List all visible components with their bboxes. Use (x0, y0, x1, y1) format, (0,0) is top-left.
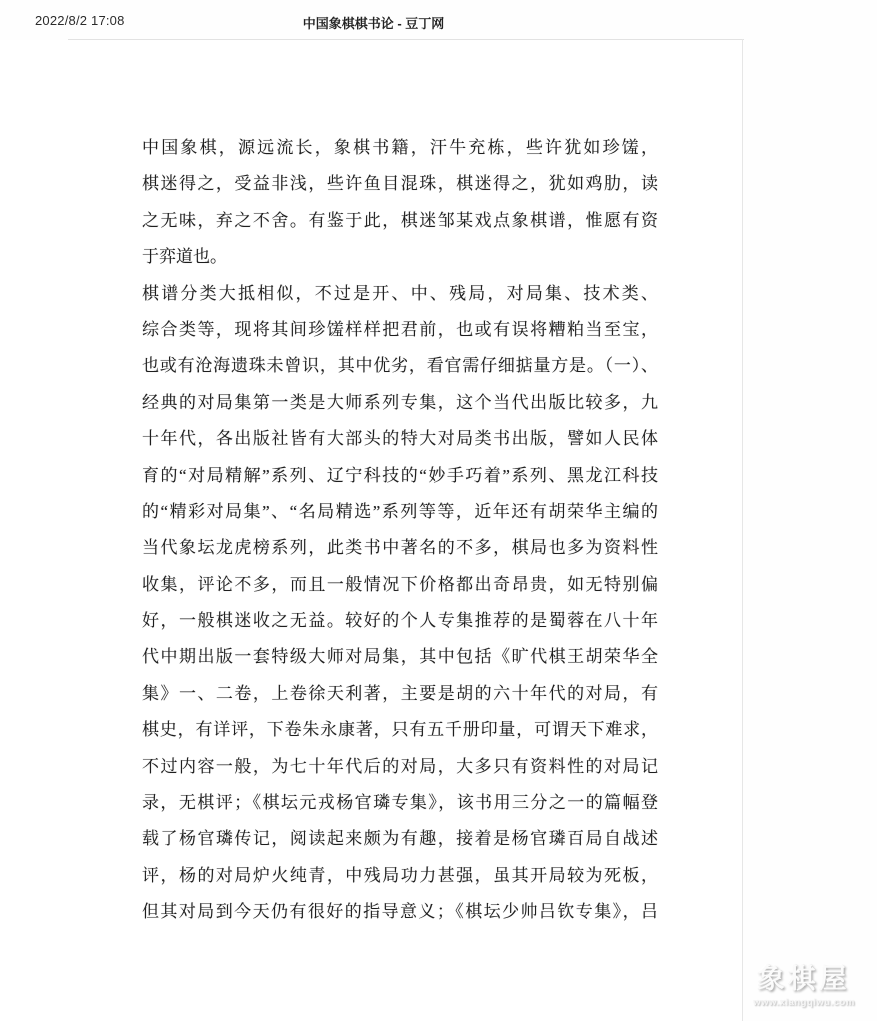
text-line: 不过内容一般，为七十年代后的对局，大多只有资料性的对局记 (142, 749, 658, 785)
watermark: 象棋屋 www.xiangqiwu.com (739, 957, 869, 1008)
text-line: 中国象棋，源远流长，象棋书籍，汗牛充栋，些许犹如珍馐， (142, 130, 658, 166)
text-line: 棋谱分类大抵相似，不过是开、中、残局，对局集、技术类、 (142, 276, 658, 312)
paragraph-intro: 中国象棋，源远流长，象棋书籍，汗牛充栋，些许犹如珍馐， 棋迷得之，受益非浅，些许… (142, 130, 658, 276)
text-line: 好，一般棋迷收之无益。较好的个人专集推荐的是蜀蓉在八十年 (142, 603, 658, 639)
text-line: 之无味，弃之不舍。有鉴于此，棋迷邹某戏点象棋谱，惟愿有资 (142, 203, 658, 239)
print-preview-stage: 2022/8/2 17:08 中国象棋棋书论 - 豆丁网 中国象棋，源远流长，象… (0, 0, 877, 1021)
text-line: 棋迷得之，受益非浅，些许鱼目混珠，棋迷得之，犹如鸡肋，读 (142, 166, 658, 202)
text-line: 录，无棋评；《棋坛元戎杨官璘专集》，该书用三分之一的篇幅登 (142, 785, 658, 821)
text-line: 十年代，各出版社皆有大部头的特大对局类书出版，譬如人民体 (142, 421, 658, 457)
text-line: 育的“对局精解”系列、辽宁科技的“妙手巧着”系列、黑龙江科技 (142, 458, 658, 494)
text-line: 评，杨的对局炉火纯青，中残局功力甚强，虽其开局较为死板， (142, 858, 658, 894)
text-line: 也或有沧海遗珠未曾识，其中优劣，看官需仔细掂量方是。（一）、 (142, 348, 658, 384)
text-line: 当代象坛龙虎榜系列，此类书中著名的不多，棋局也多为资料性 (142, 530, 658, 566)
print-header: 2022/8/2 17:08 中国象棋棋书论 - 豆丁网 (0, 0, 877, 38)
text-line: 载了杨官璘传记，阅读起来颇为有趣，接着是杨官璘百局自战述 (142, 821, 658, 857)
page-right-edge-divider (742, 39, 743, 1021)
text-line: 收集，评论不多，而且一般情况下价格都出奇昂贵，如无特别偏 (142, 567, 658, 603)
text-line: 的“精彩对局集”、“名局精选”系列等等，近年还有胡荣华主编的 (142, 494, 658, 530)
document-body-text: 中国象棋，源远流长，象棋书籍，汗牛充栋，些许犹如珍馐， 棋迷得之，受益非浅，些许… (142, 130, 658, 931)
text-line: 棋史，有详评，下卷朱永康著，只有五千册印量，可谓天下难求， (142, 712, 658, 748)
text-line: 经典的对局集第一类是大师系列专集，这个当代出版比较多，九 (142, 385, 658, 421)
paragraph-book-review: 棋谱分类大抵相似，不过是开、中、残局，对局集、技术类、 综合类等，现将其间珍馐样… (142, 276, 658, 931)
page-top-edge-divider (68, 39, 744, 40)
text-line: 代中期出版一套特级大师对局集，其中包括《旷代棋王胡荣华全 (142, 639, 658, 675)
text-line: 但其对局到今天仍有很好的指导意义；《棋坛少帅吕钦专集》，吕 (142, 894, 658, 930)
watermark-url: www.xiangqiwu.com (739, 997, 869, 1008)
watermark-logo-text: 象棋屋 (739, 957, 869, 996)
text-line: 集》一、二卷，上卷徐天利著，主要是胡的六十年代的对局，有 (142, 676, 658, 712)
text-line: 综合类等，现将其间珍馐样样把君前，也或有误将糟粕当至宝， (142, 312, 658, 348)
page-title: 中国象棋棋书论 - 豆丁网 (0, 13, 747, 32)
text-line: 于弈道也。 (142, 239, 658, 275)
